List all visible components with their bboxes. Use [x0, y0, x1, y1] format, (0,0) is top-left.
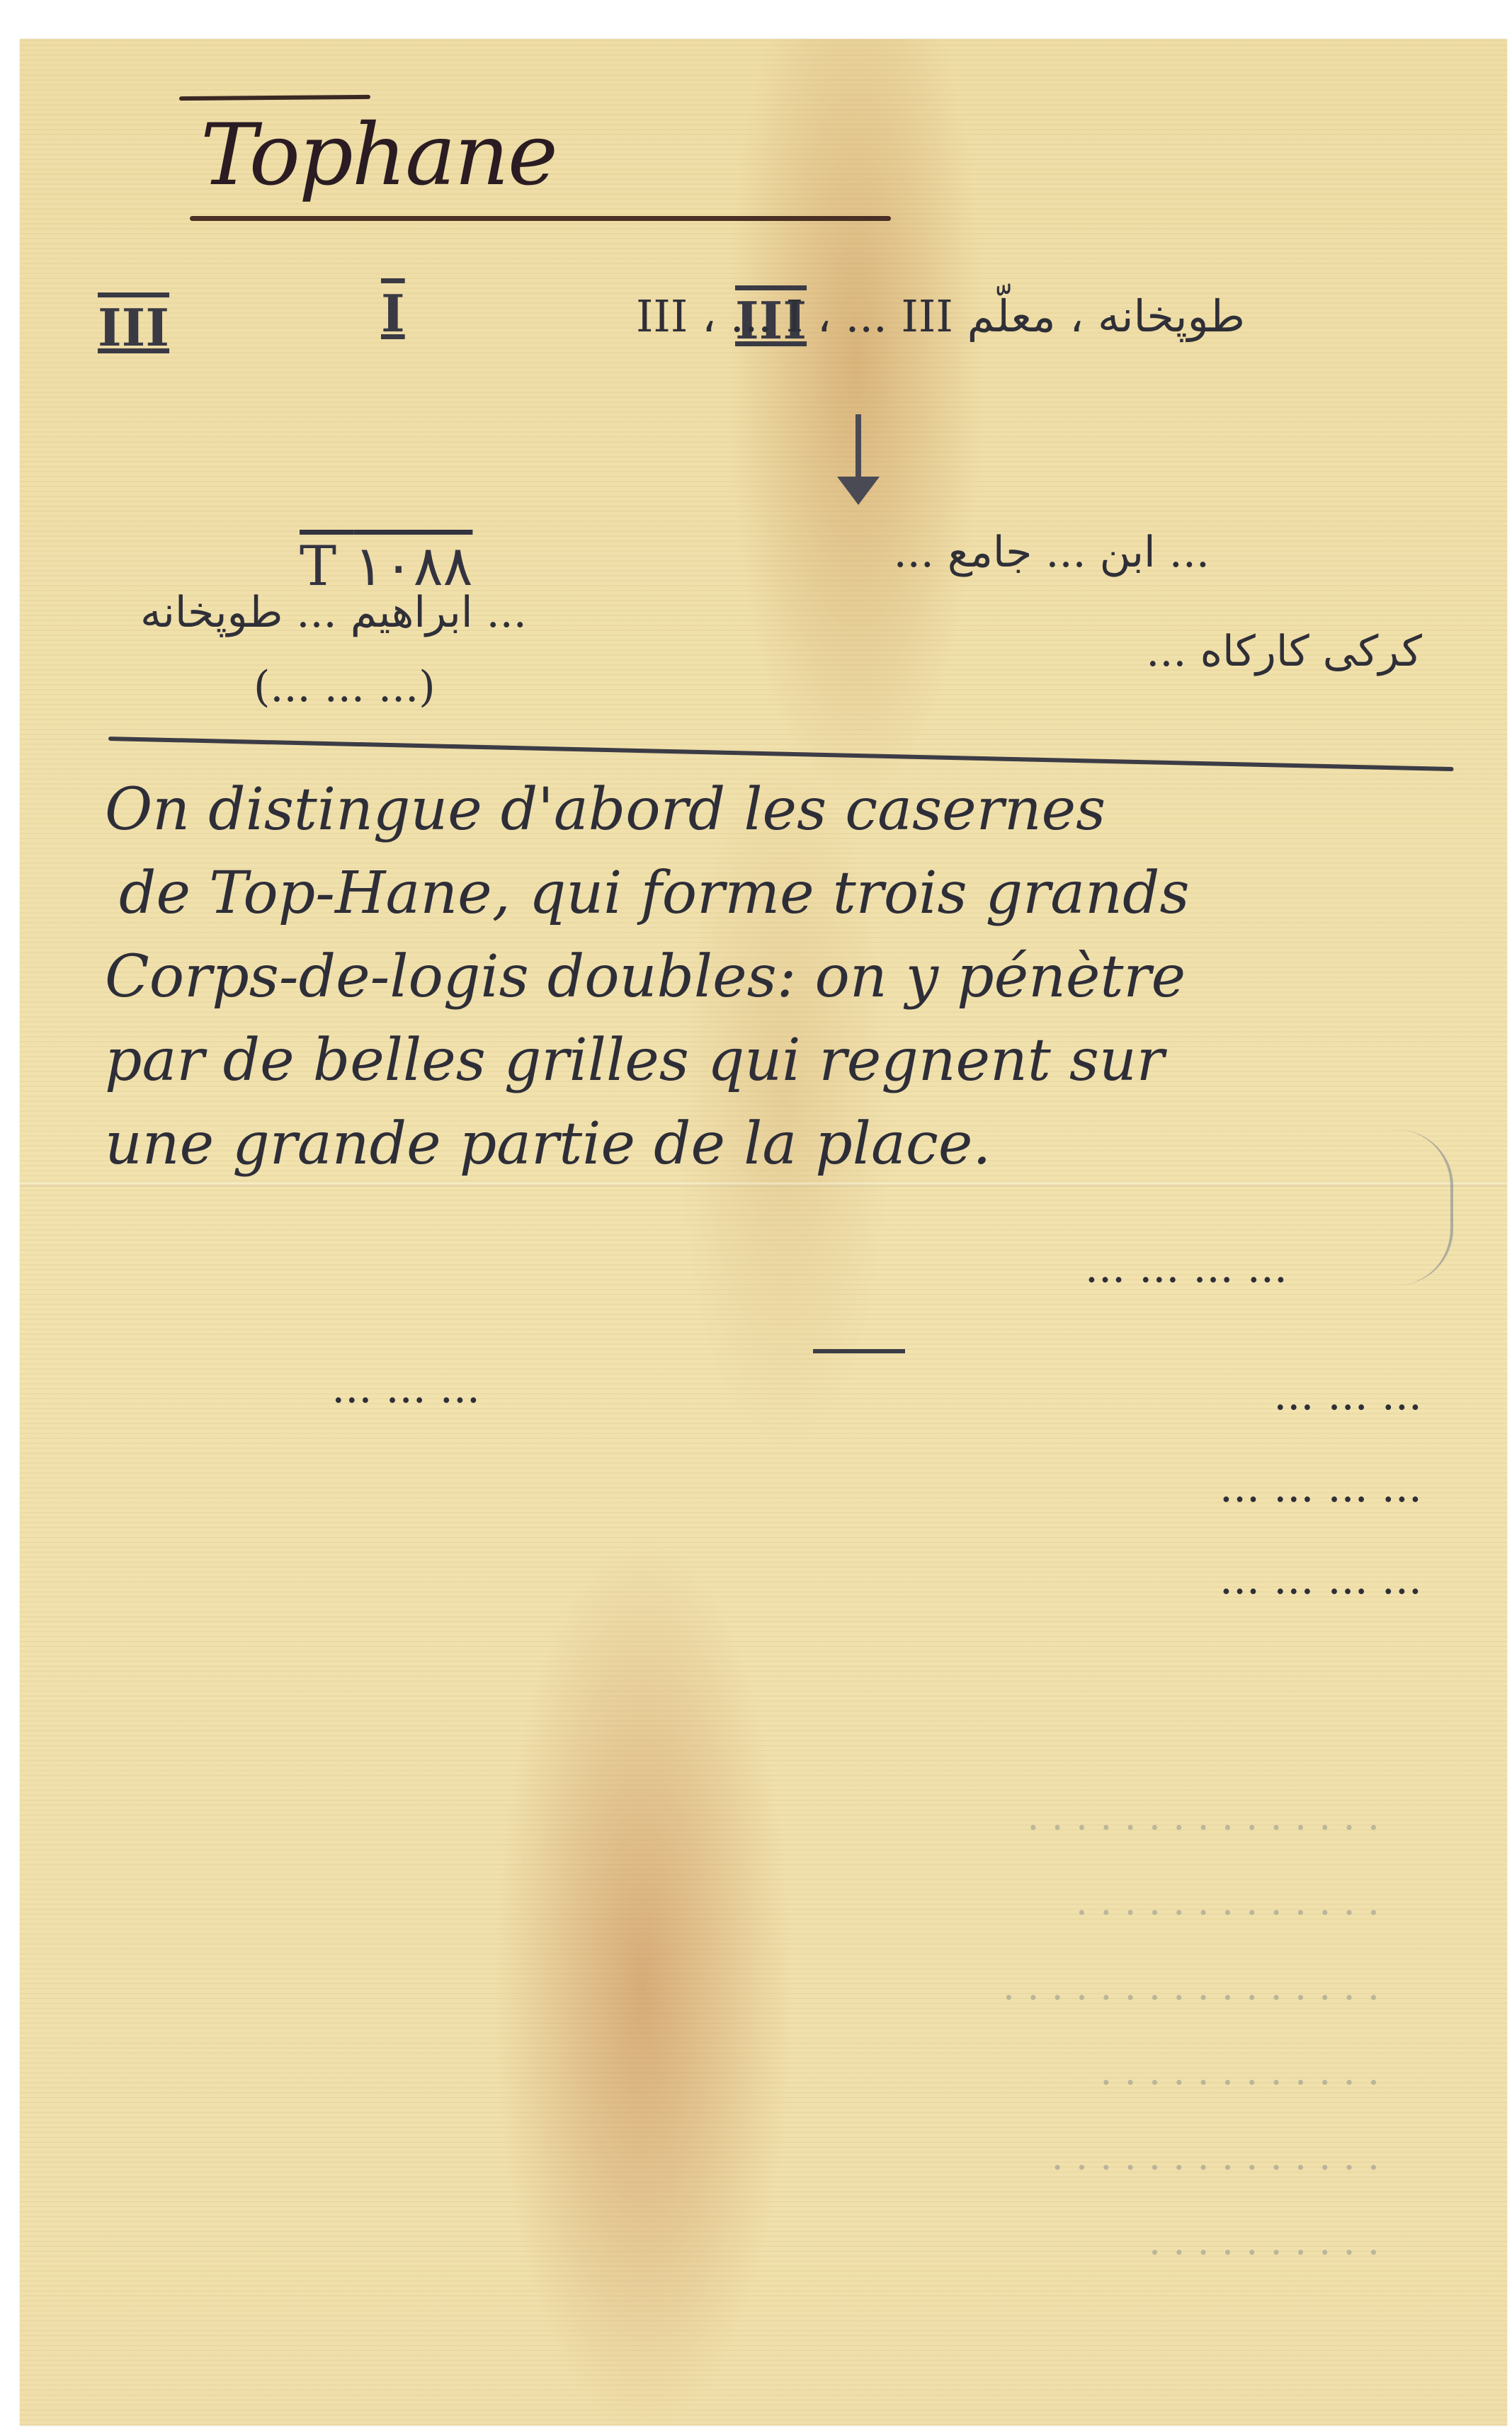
ottoman-line: ... ... ... — [1273, 1370, 1422, 1420]
down-arrow-icon — [856, 414, 861, 492]
ottoman-line: ... ... ... ... — [1085, 1243, 1288, 1292]
ottoman-heading-line: III I III طوپخانه ، معلّم III ، ... I ، … — [69, 283, 1273, 382]
ottoman-annotation-line: ... ابن ... جامع ... — [894, 528, 1210, 577]
pencil-bracket — [1337, 1130, 1453, 1285]
roman-numeral: III — [98, 297, 169, 358]
section-divider — [108, 737, 1454, 771]
french-line: une grande partie de la place. — [105, 1103, 1486, 1186]
ottoman-line: ... ... ... ... — [1220, 1554, 1422, 1604]
manuscript-page: Tophane III I III طوپخانه ، معلّم III ، … — [20, 39, 1507, 2426]
ottoman-annotation-line: کرکی کارکاه ... — [1146, 627, 1422, 676]
roman-numeral: I — [381, 283, 405, 343]
ottoman-annotation-line: (... ... ...) — [254, 662, 436, 712]
short-divider — [813, 1349, 905, 1353]
ottoman-heading-text: طوپخانه ، معلّم III ، ... I ، ... III — [636, 290, 1245, 342]
page-title: Tophane — [200, 106, 557, 205]
french-line: de Top-Hane, qui forme trois grands — [105, 852, 1486, 936]
french-paragraph: On distingue d'abord les casernes de Top… — [105, 768, 1486, 1186]
ottoman-line: ... ... ... — [331, 1363, 480, 1413]
faint-pencil-text: . . . . . . . . . . . . . . . . . . . . … — [105, 1774, 1380, 2341]
title-overline — [179, 95, 370, 101]
french-line: par de belles grilles qui regnent sur — [105, 1019, 1486, 1103]
ottoman-line: ... ... ... ... — [1220, 1462, 1422, 1512]
french-line: On distingue d'abord les casernes — [105, 768, 1486, 852]
title-underline — [190, 216, 891, 221]
ottoman-annotation-line: ... ابراهیم ... طوپخانه — [140, 588, 527, 637]
french-line: Corps-de-logis doubles: on y pénètre — [105, 936, 1486, 1019]
